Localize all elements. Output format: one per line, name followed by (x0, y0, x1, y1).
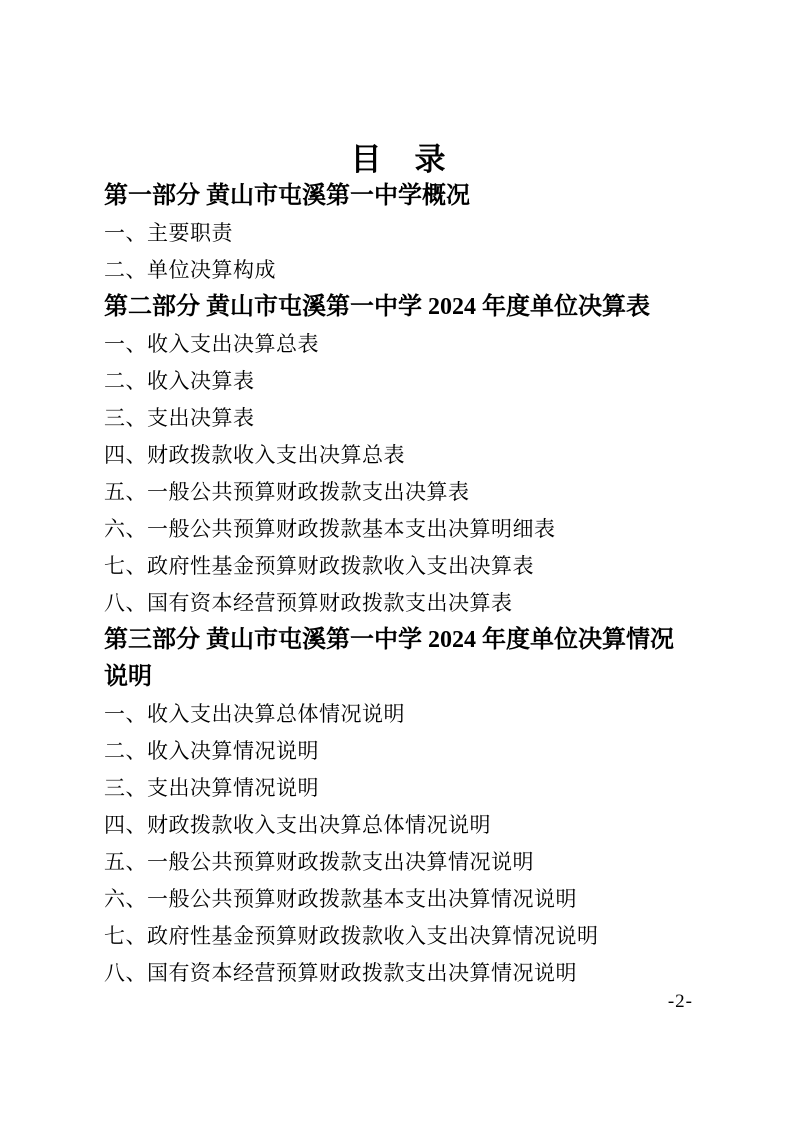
part-1-heading: 第一部分 黄山市屯溪第一中学概况 (104, 178, 693, 215)
toc-item-part3-1: 一、收入支出决算总体情况说明 (104, 696, 693, 733)
toc-item-part3-6: 六、一般公共预算财政拨款基本支出决算情况说明 (104, 881, 693, 918)
toc-item-part2-4: 四、财政拨款收入支出决算总表 (104, 437, 693, 474)
page-number: -2- (668, 991, 693, 1013)
document-page: 目 录 第一部分 黄山市屯溪第一中学概况 一、主要职责 二、单位决算构成 第二部… (0, 0, 793, 1122)
toc-item-part1-2: 二、单位决算构成 (104, 252, 693, 289)
part-2-heading: 第二部分 黄山市屯溪第一中学 2024 年度单位决算表 (104, 289, 693, 326)
toc-item-part2-7: 七、政府性基金预算财政拨款收入支出决算表 (104, 548, 693, 585)
toc-item-part2-8: 八、国有资本经营预算财政拨款支出决算表 (104, 585, 693, 622)
toc-item-part3-7: 七、政府性基金预算财政拨款收入支出决算情况说明 (104, 918, 693, 955)
table-of-contents: 目 录 第一部分 黄山市屯溪第一中学概况 一、主要职责 二、单位决算构成 第二部… (104, 142, 693, 992)
toc-item-part2-2: 二、收入决算表 (104, 363, 693, 400)
toc-item-part3-3: 三、支出决算情况说明 (104, 770, 693, 807)
part-3-heading: 第三部分 黄山市屯溪第一中学 2024 年度单位决算情况说明 (104, 622, 693, 696)
toc-item-part2-6: 六、一般公共预算财政拨款基本支出决算明细表 (104, 511, 693, 548)
toc-item-part3-2: 二、收入决算情况说明 (104, 733, 693, 770)
toc-item-part2-3: 三、支出决算表 (104, 400, 693, 437)
toc-item-part2-5: 五、一般公共预算财政拨款支出决算表 (104, 474, 693, 511)
document-title: 目 录 (104, 142, 693, 178)
toc-item-part1-1: 一、主要职责 (104, 215, 693, 252)
toc-item-part3-4: 四、财政拨款收入支出决算总体情况说明 (104, 807, 693, 844)
toc-item-part3-5: 五、一般公共预算财政拨款支出决算情况说明 (104, 844, 693, 881)
toc-item-part3-8: 八、国有资本经营预算财政拨款支出决算情况说明 (104, 955, 693, 992)
toc-item-part2-1: 一、收入支出决算总表 (104, 326, 693, 363)
